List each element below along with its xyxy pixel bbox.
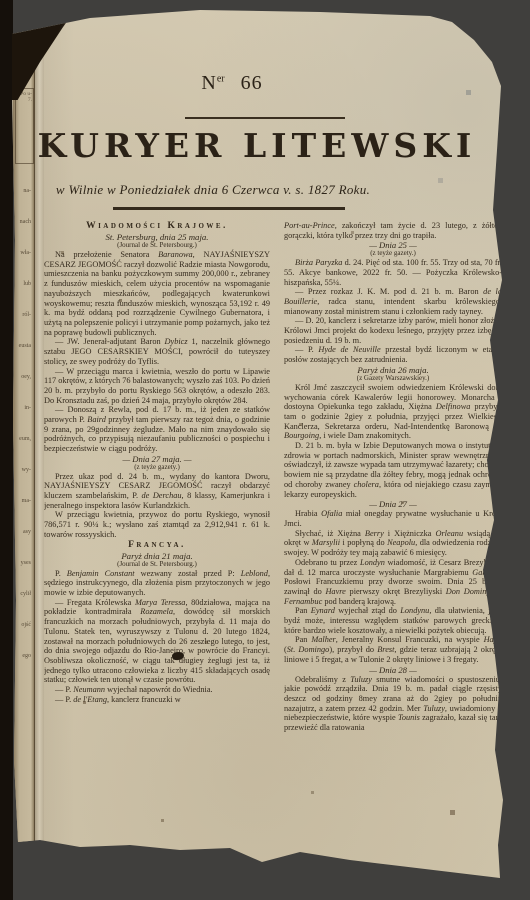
block-source: (Journal de St. Petersbourg.) xyxy=(44,242,270,250)
gutter-fragment: cylił xyxy=(13,591,33,598)
block-para: Pan Malher, Jeneralny Konsul Francuzki, … xyxy=(284,635,502,664)
block-para: — P. Neumann wyjechał napowrót do Wiedni… xyxy=(44,685,270,695)
block-para: — D. 20, kanclerz i sekretarze izby paró… xyxy=(284,316,502,345)
gutter-fragment: ról- xyxy=(13,312,33,319)
block-para: Słychać, iż Xiężna Berry i Xiężniczka Or… xyxy=(284,529,502,558)
block-para: — Przez rozkaz J. K. M. pod d. 21 b. m. … xyxy=(284,287,502,316)
newspaper-scan: Po u- 7. na-nachwła-lubról-eustaoey,in-e… xyxy=(0,0,530,900)
block-para: D. 21 b. m. była w Izbie Deputowanych mo… xyxy=(284,441,502,499)
masthead-dateline: w Wilnie w Poniedziałek dnia 6 Czerwca v… xyxy=(43,182,383,198)
issue-label: N xyxy=(201,72,216,94)
block-para: — JW. Jenerał-adjutant Baron Dybicz 1, n… xyxy=(44,337,270,366)
block-source: (Journal de St. Petersbourg.) xyxy=(44,561,270,569)
gutter-fragment: wy- xyxy=(13,467,33,474)
block-para: — Donoszą z Rewla, pod d. 17 b. m., iż j… xyxy=(44,405,270,454)
gutter-fragment: lub xyxy=(13,281,33,288)
gutter-fragment: in- xyxy=(13,405,33,412)
issue-value: 66 xyxy=(241,72,263,94)
newspaper-page: Po u- 7. na-nachwła-lubról-eustaoey,in-e… xyxy=(0,0,530,900)
block-para: — P. Hyde de Neuville przestał bydź licz… xyxy=(284,345,502,364)
masthead-rule-bottom xyxy=(113,207,345,210)
gutter-fragment: na- xyxy=(13,188,33,195)
gutter-fragment: nach xyxy=(13,219,33,226)
news-column-right: Port-au-Prince, zakończył tam życie d. 2… xyxy=(284,221,502,791)
gutter-fragment: eusta xyxy=(13,343,33,350)
block-section: Francya. xyxy=(44,540,270,551)
block-day: — Dnia 28 — xyxy=(284,665,502,675)
block-para: Przez ukaz pod d. 24 b. m., wydany do ka… xyxy=(44,472,270,511)
gutter-fragment: oey, xyxy=(13,374,33,381)
news-column-left: Wiadomości Krajowe.St. Petersburg, dnia … xyxy=(44,221,270,791)
block-para: Pan Eynard wyjechał ztąd do Londynu, dla… xyxy=(284,606,502,635)
block-source: (z Gazety Warszawskiey.) xyxy=(284,375,502,383)
gutter-fragment: ojść xyxy=(13,622,33,629)
block-para: Na przełożenie Senatora Baranowa, NAYJAŚ… xyxy=(44,250,270,337)
issue-superscript: er xyxy=(217,73,225,84)
gutter-fragment: eum, xyxy=(13,436,33,443)
block-source: (z teyże gazety.) xyxy=(44,464,270,472)
article-columns: Wiadomości Krajowe.St. Petersburg, dnia … xyxy=(44,221,502,791)
block-para: Król Jmć zaszczycił swoiem odwiedzeniem … xyxy=(284,383,502,441)
block-para: W przeciągu kwietnia, przywoz do portu R… xyxy=(44,510,270,539)
torn-corner-shadow xyxy=(12,0,82,100)
masthead-title: KURYER LITEWSKI xyxy=(32,126,482,165)
block-para: P. Benjamin Constant wezwany został prze… xyxy=(44,569,270,598)
block-para: — W przeciągu marca i kwietnia, weszło d… xyxy=(44,367,270,406)
binding-strip xyxy=(0,0,13,900)
block-day: — Dnia 27 — xyxy=(284,499,502,509)
block-para: Hrabia Ofalia miał onegday prywatne wysł… xyxy=(284,509,502,528)
gutter-fragment: asy xyxy=(13,529,33,536)
gutter-fragments: na-nachwła-lubról-eustaoey,in-eum,wy-ma-… xyxy=(13,188,33,684)
block-para: Odebrano tu przez Londyn wiadomość, iż C… xyxy=(284,558,502,607)
issue-number: Ner66 xyxy=(132,72,332,95)
block-cont: Port-au-Prince, zakończył tam życie d. 2… xyxy=(284,221,502,240)
block-para: — Fregata Królewska Marya Teressa, 80dzi… xyxy=(44,598,270,685)
masthead-rule-top xyxy=(185,117,345,119)
block-source: (z teyże gazety.) xyxy=(284,250,502,258)
gutter-fragment: ego xyxy=(13,653,33,660)
block-section: Wiadomości Krajowe. xyxy=(44,221,270,232)
gutter-fragment: yses xyxy=(13,560,33,567)
gutter-fragment: ma- xyxy=(13,498,33,505)
block-para: Odebraliśmy z Tuluzy smutne wiadomości o… xyxy=(284,675,502,733)
gutter-fragment: wła- xyxy=(13,250,33,257)
block-para: Birża Paryzka d. 24. Pięć od sta. 100 fr… xyxy=(284,258,502,287)
block-para: — P. de l'Etang, kanclerz francuzki w xyxy=(44,695,270,705)
